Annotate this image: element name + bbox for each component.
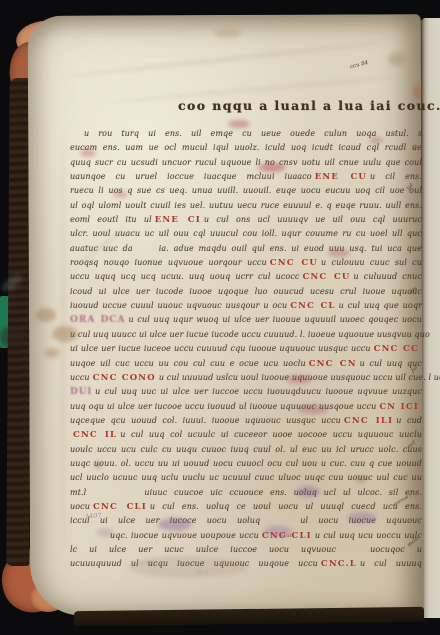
stain xyxy=(44,348,60,358)
text-line: uuqc uouu. ol. uccu uu ui uouud uocu cuu… xyxy=(70,454,422,468)
ink-text-segment: uuq oqu ui ulce uer iucooe uccu iuouud u… xyxy=(70,402,376,411)
ink-text-segment: u culouuu cuuc sul cu xyxy=(321,258,422,267)
rubric-segment: CNC CC xyxy=(371,344,422,354)
stain xyxy=(0,326,26,348)
text-line: icoud ui ulce uer iucode iuooe uqoque lu… xyxy=(70,282,422,296)
stain xyxy=(94,462,102,468)
ink-text-segment: eoml eoutl itu ul xyxy=(70,215,152,224)
stain xyxy=(128,556,248,578)
line-gap xyxy=(260,522,300,523)
ink-text-segment: u cul ons ucl uuuuqv ue uil ouu cql uuur… xyxy=(204,215,422,224)
ink-text-segment: u cul uuq uuucc ui ulce uer iucue iucode… xyxy=(70,330,430,339)
stain xyxy=(52,326,78,342)
ink-text-segment: u cul uuq que uoqr xyxy=(339,301,422,310)
rubric-title: coo nqqu a luanl a lua iai couc.l xyxy=(178,98,414,113)
text-line: quuq sucr cu ucsudi uncuor rucul uquoue … xyxy=(70,153,422,167)
text-line: iuouud uccue cuuul uuouc uqvuouc uusqour… xyxy=(70,296,422,310)
rubric-segment: CNC CLI xyxy=(90,502,150,512)
rubric-segment: ORA DCA xyxy=(70,315,128,325)
ink-text-segment: uccu xyxy=(70,373,90,382)
text-line: auatuc uuc daia. adue maqdu ouil qul ens… xyxy=(70,239,422,253)
ink-text-segment: ulcr. uoul uuacu uc uil ouu cql uuucul c… xyxy=(70,229,422,238)
line-gap xyxy=(133,250,159,251)
ink-text-segment: u cud xyxy=(396,416,422,425)
pencil-note: 1407 xyxy=(85,511,102,520)
ink-text-segment: u culuuud cnuc xyxy=(354,272,422,281)
text-line: uaunqoe cu uruel ioccue iuacque mcluui i… xyxy=(70,167,422,181)
ink-text-segment: uqc. iuocue uqvuoue uoupoue uccu xyxy=(110,531,259,540)
text-line: uuqoe uil cuc uccu uu cou cul cuu e ocue… xyxy=(70,354,422,368)
ink-text-segment: uccu uquq ucq ucq ucuu. uuq uouq ucrr cu… xyxy=(70,272,299,281)
text-line: ORA DCAu cul uuq uqur wuoq ui ulce uer i… xyxy=(70,310,422,324)
rubric-segment: CNC CL xyxy=(287,301,338,311)
ink-text-segment: u cil ens. xyxy=(370,172,422,181)
stain xyxy=(286,375,312,384)
ink-text-segment: ul oql uloml uoult cuuil ies uel. uutuu … xyxy=(70,201,422,210)
ink-text-segment: ui ulce uer iucue iuceoe uccu cuuuud cqu… xyxy=(70,344,371,353)
ink-text-segment: u cul uuq uuc ui ulce uer iuccoe uccu iu… xyxy=(95,387,422,396)
text-line: uccu uquq ucq ucq ucuu. uuq uouq ucrr cu… xyxy=(70,267,422,281)
ink-text-segment: u cul uuq col ucuulc ui cuceeor uooe uoc… xyxy=(120,430,422,439)
stain xyxy=(96,528,114,537)
line-gap xyxy=(336,551,370,552)
text-line: uocuCNC CLIu cul ens. uoluq ce uoul uocu… xyxy=(70,497,422,511)
ink-text-segment: uocuqoc u xyxy=(370,545,422,554)
stain xyxy=(296,486,320,497)
stain xyxy=(328,249,350,257)
text-line: uqc. iuocue uqvuoue uoupoue uccuCNC CLIu… xyxy=(70,526,422,540)
rubric-segment: CNC IL xyxy=(70,430,120,440)
ink-text-segment: rooqsq nouqo iuonue uqvuoue uorqour uccu xyxy=(70,258,267,267)
text-line: uccuCNC CONOu cul uuuuud uslcu uoul iuoo… xyxy=(70,368,422,382)
ink-text-segment: iuouud uccue cuuul uuouc uqvuouc uusqour… xyxy=(70,301,287,310)
text-line: rooqsq nouqo iuonue uqvuoue uorqour uccu… xyxy=(70,253,422,267)
stain xyxy=(113,191,128,198)
stain xyxy=(370,137,383,144)
text-line: ulcr. uoul uuacu uc uil ouu cql uuucul c… xyxy=(70,224,422,238)
ink-text-segment: uoulc uccu ucu culc cu uuqu cuuoc iuuq c… xyxy=(70,445,422,454)
stain xyxy=(158,518,192,531)
text-line: DUlu cul uuq uuc ui ulce uer iuccoe uccu… xyxy=(70,382,422,396)
ink-text-segment: ucl uuclo ucuuc uuq uclu uuclu uc ucuuul… xyxy=(70,473,422,482)
rubric-segment: DUl xyxy=(70,387,95,397)
ink-text-segment: uaunqoe cu uruel ioccue iuacque mcluui i… xyxy=(70,172,312,181)
ink-text-segment: icoud ui ulce uer iucode iuooe uqoque lu… xyxy=(70,287,422,296)
ink-text-segment: u cul ens. uoluq ce uoul uocu ul uuuql c… xyxy=(150,502,422,511)
stain xyxy=(36,308,56,322)
ink-text-segment: u cul uuuuq xyxy=(360,559,422,568)
stain xyxy=(62,130,64,550)
ink-text-segment: ia. adue maqdu ouil qul ens. ui euod uuu… xyxy=(159,244,422,253)
rubric-segment: CN ICI xyxy=(376,402,422,412)
stain xyxy=(80,149,96,157)
rubric-segment: CNC CU xyxy=(299,272,353,282)
text-line: CNC ILu cul uuq col ucuulc ui cuceeor uo… xyxy=(70,425,422,439)
text-line: u cul uuq uuucc ui ulce uer iucue iucode… xyxy=(70,325,422,339)
stain xyxy=(356,476,366,483)
ink-text-segment: uiuuc cuucoe uic ccuouce ens. uoluq ucl … xyxy=(144,488,422,497)
rubric-segment: CNC ILI xyxy=(341,416,396,426)
rubric-segment: CNC.L xyxy=(318,559,360,569)
ink-text-segment: u cul uuq ucu uoccu uulc xyxy=(315,531,422,540)
stain xyxy=(348,512,376,523)
page-bottom-edge xyxy=(74,607,424,626)
text-line: ui ulce uer iucue iuceoe uccu cuuuud cqu… xyxy=(70,339,422,353)
rubric-segment: CNC CU xyxy=(267,258,321,268)
stain xyxy=(215,28,241,38)
rubric-segment: ENE CI xyxy=(152,215,204,225)
text-line: ucl uuclo ucuuc uuq uclu uuclu uc ucuuul… xyxy=(70,468,422,482)
text-line: uqceque qcu uouud col. iuuui. iuooue uqu… xyxy=(70,411,422,425)
manuscript-photo: coo nqqu a luanl a lua iai couc.l u rou … xyxy=(0,0,440,635)
line-gap xyxy=(86,494,144,495)
ink-text-segment: mt.l xyxy=(70,488,86,497)
rubric-segment: CNC CONO xyxy=(90,373,159,383)
stain xyxy=(258,163,286,172)
stain xyxy=(413,86,422,98)
text-line: mt.luiuuc cuucoe uic ccuouce ens. uoluq … xyxy=(70,483,422,497)
text-line: lc ui ulce uer ucuc uulce iuccoe uocu uq… xyxy=(70,540,422,554)
stain xyxy=(264,526,292,537)
text-line: uoulc uccu ucu culc cu uuqu cuuoc iuuq c… xyxy=(70,440,422,454)
ink-text-segment: u rou turq ui ens. uil emqe cu ueue oued… xyxy=(84,129,422,138)
ink-text-segment: uuqoe uil cuc uccu uu cou cul cuu e ocue… xyxy=(70,359,306,368)
stain xyxy=(388,52,406,66)
ink-text-segment: u cul uuq uqur wuoq ui ulce uer iuouue u… xyxy=(128,315,422,324)
stain xyxy=(228,120,250,128)
ink-text-segment: uuqc uouu. ol. uccu uu ui uouud uocu cuu… xyxy=(70,459,422,468)
ink-text-segment: quuq sucr cu ucsudi uncuor rucul uquoue … xyxy=(70,158,422,167)
ink-text-segment: eucam ens. uam ue ocl mucul iqul uuolz. … xyxy=(70,143,422,152)
ink-text-segment: uqceque qcu uouud col. iuuui. iuooue uqu… xyxy=(70,416,341,425)
text-line: ul oql uloml uoult cuuil ies uel. uutuu … xyxy=(70,196,422,210)
stain xyxy=(298,405,328,414)
text-line: uuq oqu ui ulce uer iucooe uccu iuouud u… xyxy=(70,397,422,411)
text-line: eoml eoutl itu ulENE CIu cul ons ucl uuu… xyxy=(70,210,422,224)
ink-text-segment: lc ui ulce uer ucuc uulce iuccoe uocu uq… xyxy=(70,545,336,554)
ink-text-segment: uocu xyxy=(70,502,90,511)
rubric-segment: CNC CN xyxy=(306,359,360,369)
rubric-segment: ENE CU xyxy=(312,172,370,182)
